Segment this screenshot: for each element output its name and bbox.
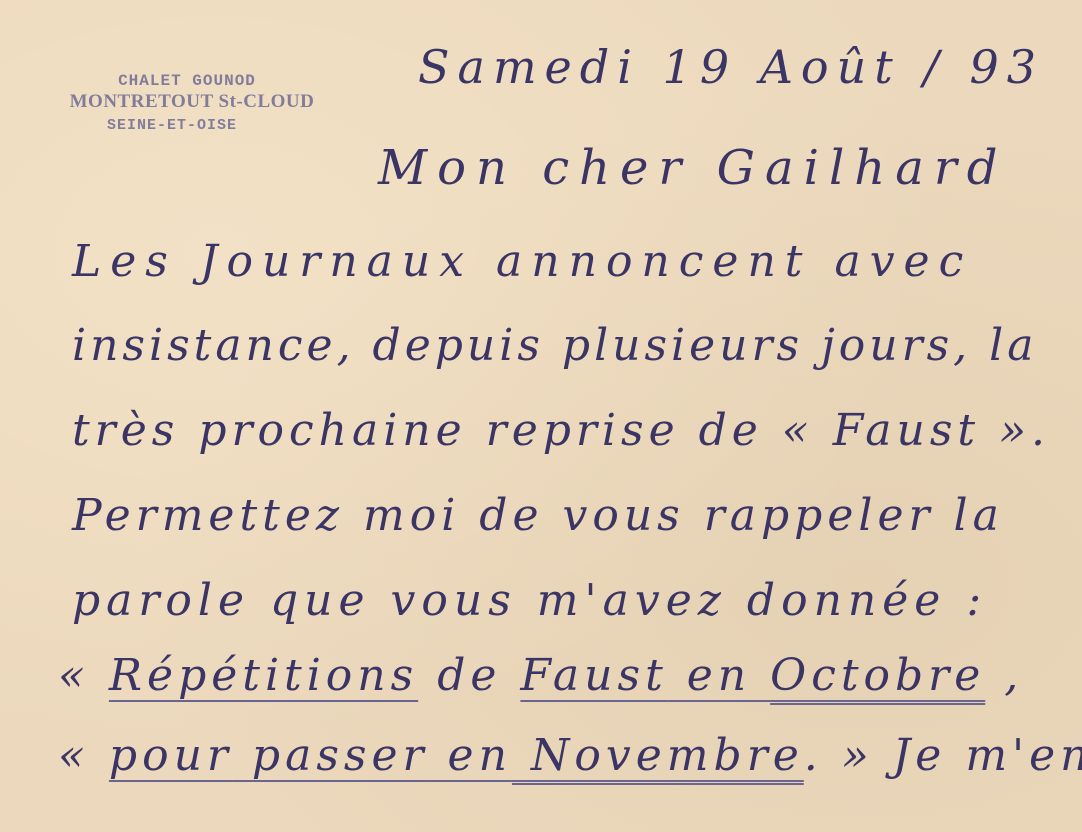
underlined-word-faust: Faust bbox=[520, 650, 667, 701]
double-underlined-word-novembre: Novembre bbox=[512, 730, 804, 781]
comma: , bbox=[985, 650, 1023, 701]
word-de: de bbox=[418, 650, 520, 701]
underlined-word-en: en bbox=[668, 650, 770, 701]
quote-mark: « bbox=[58, 650, 109, 701]
letter-salutation: Mon cher Gailhard bbox=[378, 140, 1008, 196]
letter-line-2: insistance, depuis plusieurs jours, la bbox=[72, 320, 1037, 371]
stamp-line-department: SEINE-ET-OISE bbox=[0, 117, 382, 134]
letter-line-5: parole que vous m'avez donnée : bbox=[72, 575, 987, 626]
underlined-word-passer: passer bbox=[233, 730, 429, 781]
letter-line-3: très prochaine reprise de « Faust ». bbox=[72, 405, 1050, 456]
letter-line-1: Les Journaux annoncent avec bbox=[72, 236, 972, 287]
stamp-line-chalet: CHALET GOUNOD bbox=[0, 72, 382, 90]
letter-line-7: « pour passer en Novembre. » Je m'en bbox=[58, 730, 1082, 781]
underlined-word-pour: pour bbox=[109, 730, 233, 781]
letter-line-6: « Répétitions de Faust en Octobre , bbox=[58, 650, 1023, 701]
letter-date: Samedi 19 Août / 93 bbox=[418, 40, 1044, 94]
quote-mark: « bbox=[58, 730, 109, 781]
stamp-line-montretout: MONTRETOUT St-CLOUD bbox=[2, 91, 382, 113]
underlined-word-en: en bbox=[429, 730, 512, 781]
underlined-word-repetitions: Répétitions bbox=[109, 650, 418, 701]
letterhead-stamp: CHALET GOUNOD MONTRETOUT St-CLOUD SEINE-… bbox=[2, 72, 382, 134]
double-underlined-word-octobre: Octobre bbox=[770, 650, 985, 701]
closing-text: . » Je m'en bbox=[804, 730, 1082, 781]
letter-line-4: Permettez moi de vous rappeler la bbox=[72, 490, 1004, 541]
